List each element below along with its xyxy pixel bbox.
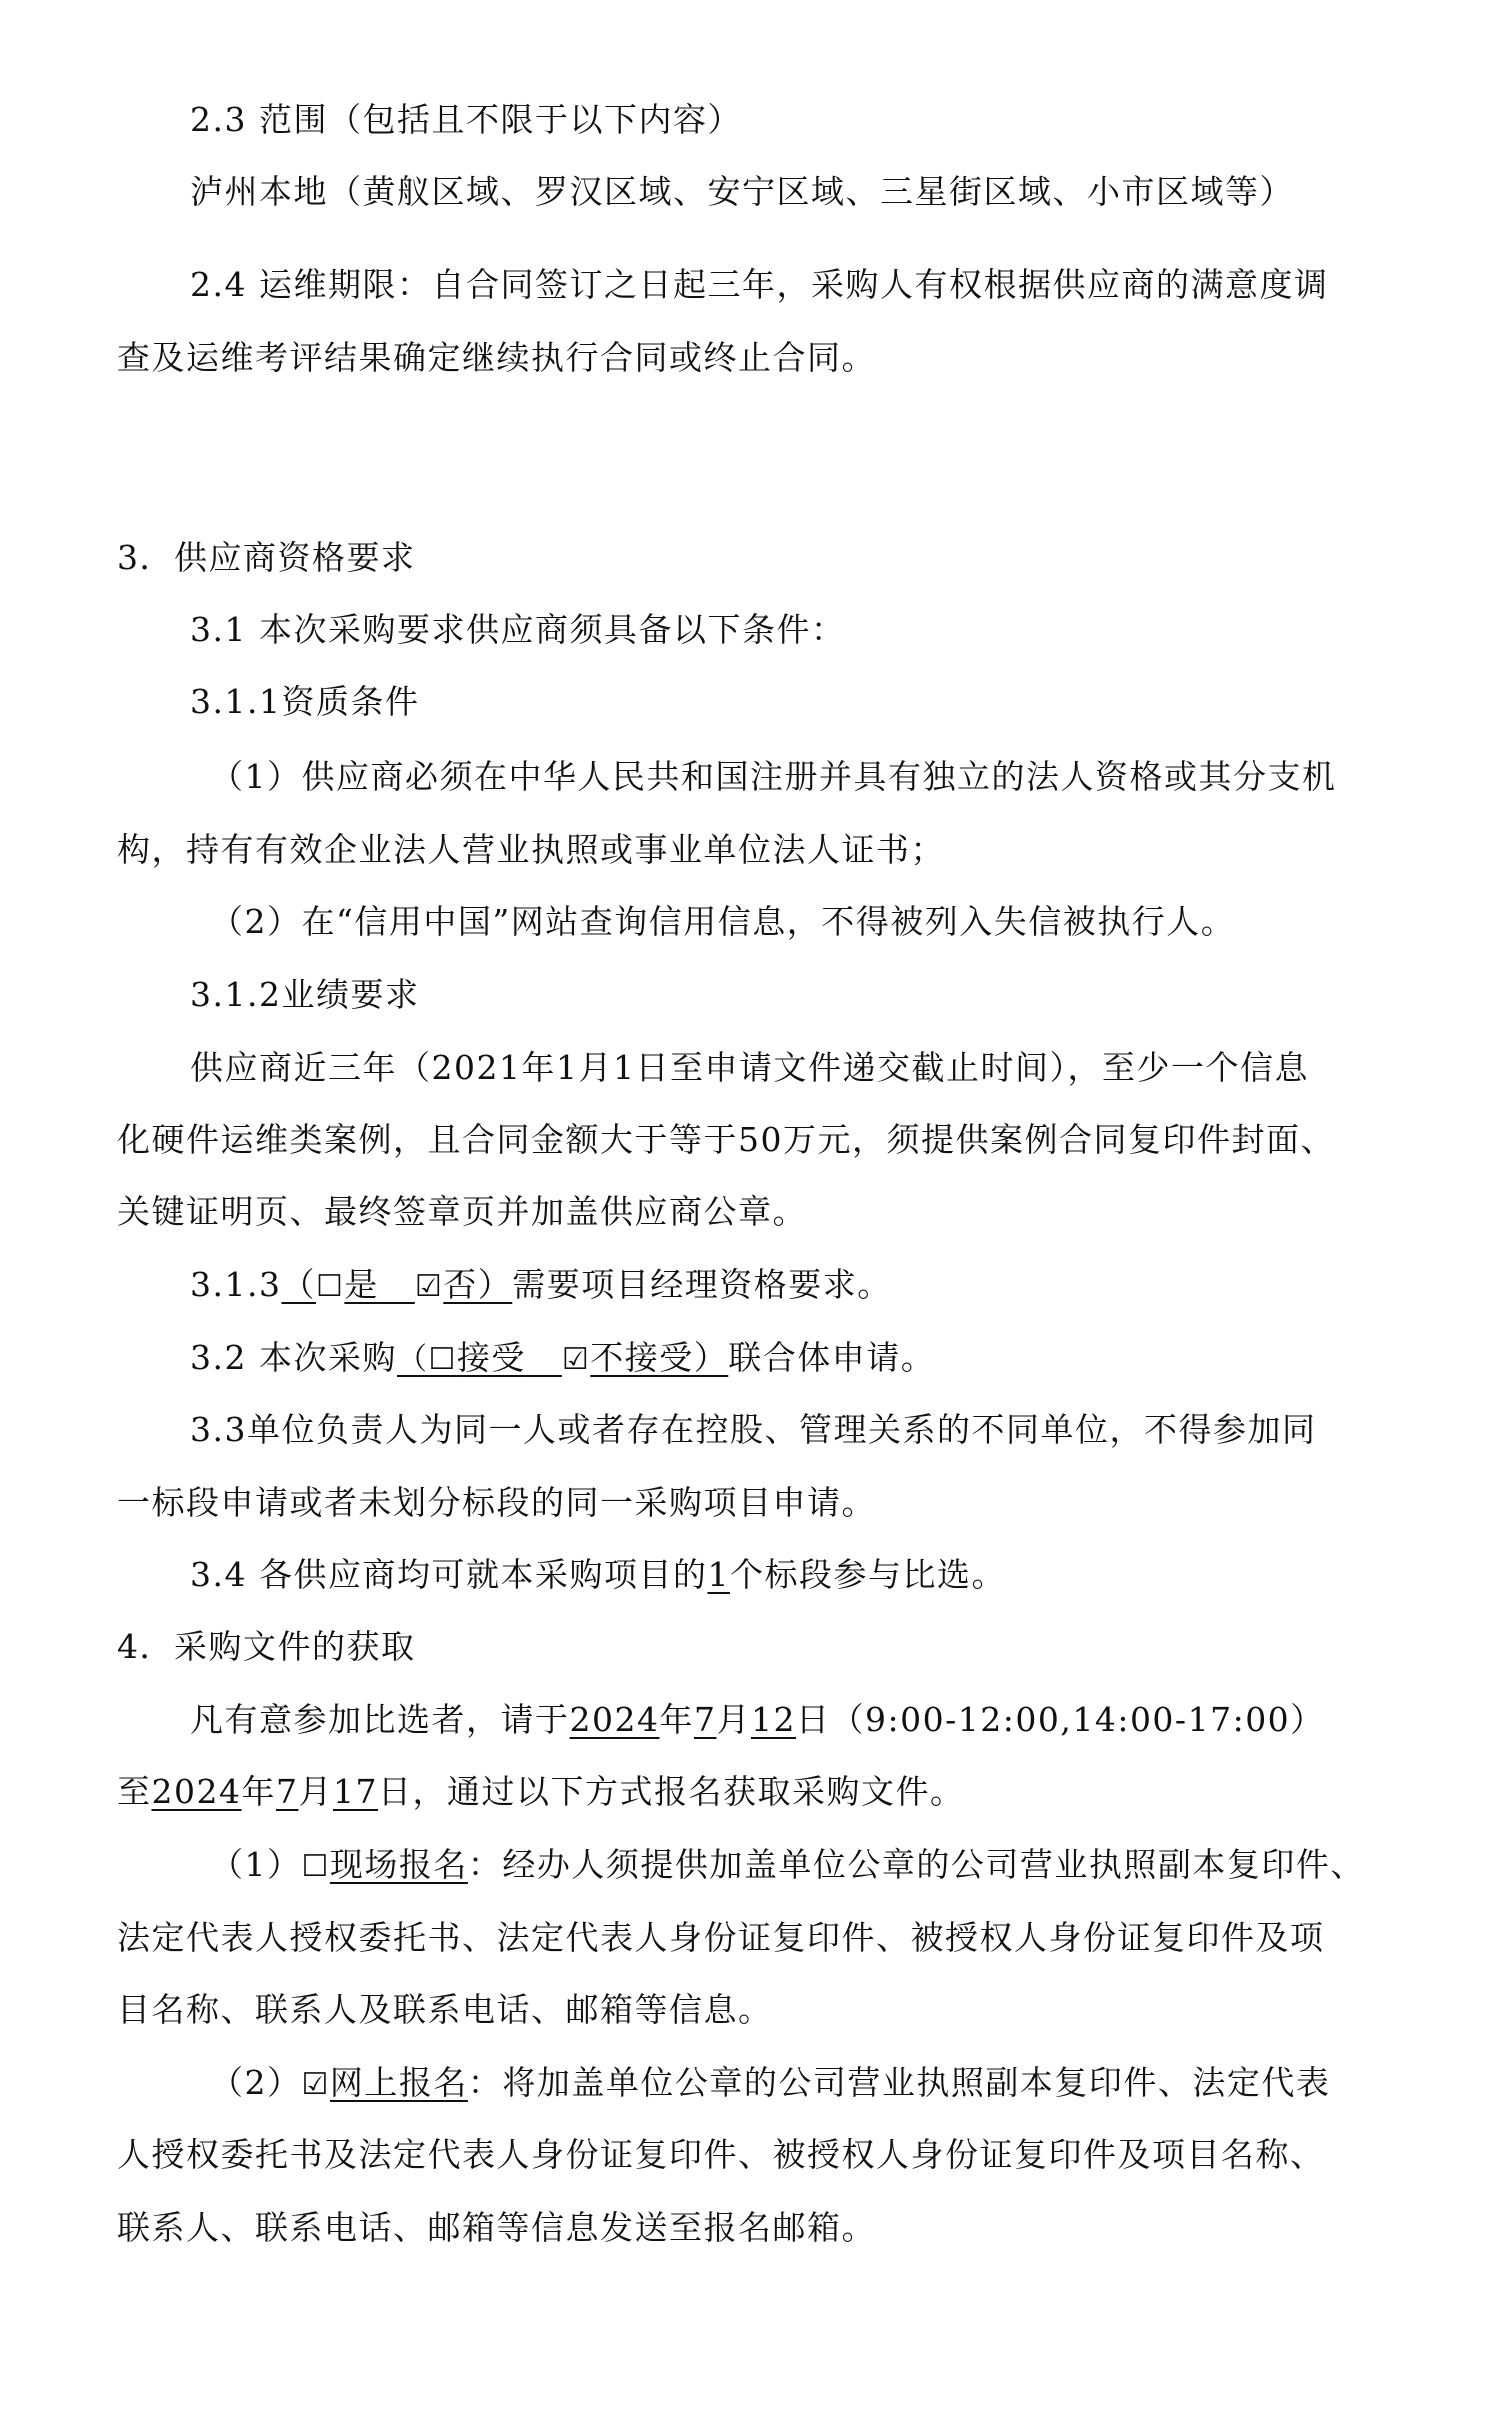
section-3-2: 3.2 本次采购（☐接受 ☑不接受）联合体申请。 — [190, 1338, 1470, 1380]
document-page: 2.3 范围（包括且不限于以下内容） 泸州本地（黄舣区域、罗汉区域、安宁区域、三… — [0, 0, 1500, 2431]
section-3-2-suffix: 联合体申请。 — [728, 1338, 935, 1377]
start-day: 12 — [751, 1700, 796, 1739]
section-3-4: 3.4 各供应商均可就本采购项目的1个标段参与比选。 — [190, 1555, 1470, 1595]
year-unit: 年 — [659, 1700, 694, 1739]
option-no-label: 否） — [443, 1265, 512, 1304]
month-unit: 月 — [716, 1700, 751, 1739]
section-2-3-scope: 泸州本地（黄舣区域、罗汉区域、安宁区域、三星街区域、小市区域等） — [190, 172, 1470, 212]
section-3-1-3: 3.1.3（☐是 ☑否）需要项目经理资格要求。 — [190, 1265, 1470, 1307]
checkbox-onsite-unchecked-icon[interactable]: ☐ — [302, 1847, 330, 1887]
onsite-num: （1） — [210, 1845, 302, 1884]
reg-to: 至 — [117, 1772, 152, 1811]
checkbox-yes-unchecked-icon[interactable]: ☐ — [316, 1267, 344, 1307]
month-unit: 月 — [298, 1772, 333, 1811]
section-3-1: 3.1 本次采购要求供应商须具备以下条件： — [190, 610, 1470, 650]
start-month: 7 — [694, 1700, 717, 1739]
section-3-1-2: 3.1.2业绩要求 — [190, 975, 1470, 1015]
year-unit: 年 — [241, 1772, 276, 1811]
qualification-item-2: （2）在“信用中国”网站查询信用信息，不得被列入失信被执行人。 — [210, 902, 1490, 942]
checkbox-online-checked-icon[interactable]: ☑ — [302, 2065, 330, 2105]
section-3-4-prefix: 3.4 各供应商均可就本采购项目的 — [190, 1555, 707, 1594]
section-3-1-3-prefix: 3.1.3 — [190, 1265, 281, 1304]
registration-period-line-1: 凡有意参加比选者，请于2024年7月12日（9:00-12:00,14:00-1… — [190, 1700, 1470, 1740]
section-3-3-line-1: 3.3单位负责人为同一人或者存在控股、管理关系的不同单位，不得参加同 — [190, 1410, 1470, 1450]
online-registration-line-2: 人授权委托书及法定代表人身份证复印件、被授权人身份证复印件及项目名称、 — [117, 2135, 1397, 2175]
option-yes-label: 是 — [344, 1265, 379, 1304]
option-reject-label: 不接受） — [590, 1338, 728, 1377]
performance-line-3: 关键证明页、最终签章页并加盖供应商公章。 — [117, 1192, 1397, 1232]
section-2-4-line-1: 2.4 运维期限：自合同签订之日起三年，采购人有权根据供应商的满意度调 — [190, 265, 1470, 305]
lot-count: 1 — [707, 1555, 730, 1594]
section-3-heading: 3．供应商资格要求 — [117, 538, 1397, 578]
reg-suffix: 日，通过以下方式报名获取采购文件。 — [378, 1772, 965, 1811]
section-2-3-heading: 2.3 范围（包括且不限于以下内容） — [190, 100, 1470, 140]
online-text: ：将加盖单位公章的公司营业执照副本复印件、法定代表 — [468, 2063, 1331, 2102]
online-label: 网上报名 — [330, 2063, 468, 2102]
section-3-3-line-2: 一标段申请或者未划分标段的同一采购项目申请。 — [117, 1483, 1397, 1523]
qualification-item-1-line-1: （1）供应商必须在中华人民共和国注册并具有独立的法人资格或其分支机 — [210, 757, 1490, 797]
end-day: 17 — [333, 1772, 378, 1811]
online-registration-line-3: 联系人、联系电话、邮箱等信息发送至报名邮箱。 — [117, 2208, 1397, 2248]
onsite-registration-line-2: 法定代表人授权委托书、法定代表人身份证复印件、被授权人身份证复印件及项 — [117, 1918, 1397, 1958]
end-year: 2024 — [152, 1772, 242, 1811]
paren-open: （ — [281, 1265, 316, 1304]
onsite-text: ：经办人须提供加盖单位公章的公司营业执照副本复印件、 — [468, 1845, 1365, 1884]
registration-period-line-2: 至2024年7月17日，通过以下方式报名获取采购文件。 — [117, 1772, 1397, 1812]
qualification-item-1-line-2: 构，持有有效企业法人营业执照或事业单位法人证书； — [117, 830, 1397, 870]
reg-prefix: 凡有意参加比选者，请于 — [190, 1700, 570, 1739]
online-registration-line-1: （2）☑网上报名：将加盖单位公章的公司营业执照副本复印件、法定代表 — [210, 2063, 1490, 2105]
section-3-2-prefix: 3.2 本次采购 — [190, 1338, 397, 1377]
option-accept-label: 接受 — [457, 1338, 526, 1377]
section-4-heading: 4．采购文件的获取 — [117, 1627, 1397, 1667]
section-3-1-1: 3.1.1资质条件 — [190, 682, 1470, 722]
section-3-4-suffix: 个标段参与比选。 — [730, 1555, 1006, 1594]
checkbox-accept-unchecked-icon[interactable]: （☐ — [397, 1340, 457, 1380]
online-num: （2） — [210, 2063, 302, 2102]
checkbox-reject-checked-icon[interactable]: ☑ — [562, 1340, 590, 1380]
end-month: 7 — [276, 1772, 299, 1811]
hours: 日（9:00-12:00,14:00-17:00） — [796, 1700, 1325, 1739]
onsite-registration-line-3: 目名称、联系人及联系电话、邮箱等信息。 — [117, 1990, 1397, 2030]
performance-line-2: 化硬件运维类案例，且合同金额大于等于50万元，须提供案例合同复印件封面、 — [117, 1120, 1397, 1160]
onsite-registration-line-1: （1）☐现场报名：经办人须提供加盖单位公章的公司营业执照副本复印件、 — [210, 1845, 1490, 1887]
performance-line-1: 供应商近三年（2021年1月1日至申请文件递交截止时间），至少一个信息 — [190, 1048, 1470, 1088]
onsite-label: 现场报名 — [330, 1845, 468, 1884]
section-3-1-3-suffix: 需要项目经理资格要求。 — [512, 1265, 892, 1304]
section-2-4-line-2: 查及运维考评结果确定继续执行合同或终止合同。 — [117, 338, 1397, 378]
checkbox-no-checked-icon[interactable]: ☑ — [415, 1267, 443, 1307]
start-year: 2024 — [570, 1700, 660, 1739]
